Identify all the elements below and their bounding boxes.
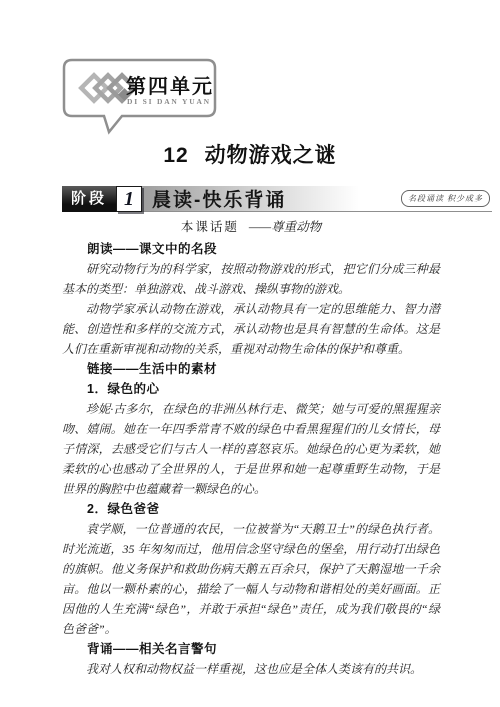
subsection-title-green-father: 2．绿色爸爸: [62, 499, 440, 519]
textbook-page: 第四单元 DI SI DAN YUAN 12动物游戏之谜 阶段 1 晨读-快乐背…: [0, 0, 500, 707]
banner-title: 晨读-快乐背诵: [152, 185, 286, 212]
subsection-title-green-heart: 1．绿色的心: [62, 379, 440, 399]
paragraph: 袁学顺，一位普通的农民，一位被誉为“天鹅卫士”的绿色执行者。时光流逝，35 年匆…: [62, 519, 440, 639]
unit-pinyin: DI SI DAN YUAN: [127, 97, 211, 106]
unit-badge: 第四单元 DI SI DAN YUAN: [62, 58, 217, 136]
lesson-number: 12: [163, 144, 204, 167]
stage-number: 1: [116, 186, 142, 212]
section-heading-link: 链接——生活中的素材: [62, 359, 440, 379]
lesson-name: 动物游戏之谜: [205, 144, 337, 167]
section-heading-recite: 背诵——相关名言警句: [62, 639, 440, 659]
banner-strip: 晨读-快乐背诵 名段诵读 积少成多: [142, 186, 492, 212]
unit-title: 第四单元: [126, 70, 214, 99]
section-heading-reading: 朗读——课文中的名段: [62, 239, 440, 259]
paragraph: 珍妮·古多尔，在绿色的非洲丛林行走、微笑；她与可爱的黑猩猩亲吻、嬉闹。她在一年四…: [62, 399, 440, 499]
stage-label: 阶段: [62, 186, 116, 212]
lesson-topic-line: 本课话题——尊重动物: [62, 217, 440, 235]
banner-note-badge: 名段诵读 积少成多: [401, 190, 490, 207]
topic-label: 本课话题: [181, 220, 249, 234]
stage-banner: 阶段 1 晨读-快乐背诵 名段诵读 积少成多: [62, 186, 492, 212]
lesson-body: 朗读——课文中的名段 研究动物行为的科学家，按照动物游戏的形式，把它们分成三种最…: [62, 239, 440, 679]
paragraph: 动物学家承认动物在游戏，承认动物具有一定的思维能力、智力潜能、创造性和多样的交流…: [62, 299, 440, 359]
paragraph: 我对人权和动物权益一样重视，这也应是全体人类该有的共识。: [62, 659, 440, 679]
paragraph: 研究动物行为的科学家，按照动物游戏的形式，把它们分成三种最基本的类型：单独游戏、…: [62, 259, 440, 299]
lesson-title: 12动物游戏之谜: [0, 139, 500, 169]
topic-value: ——尊重动物: [249, 220, 321, 234]
